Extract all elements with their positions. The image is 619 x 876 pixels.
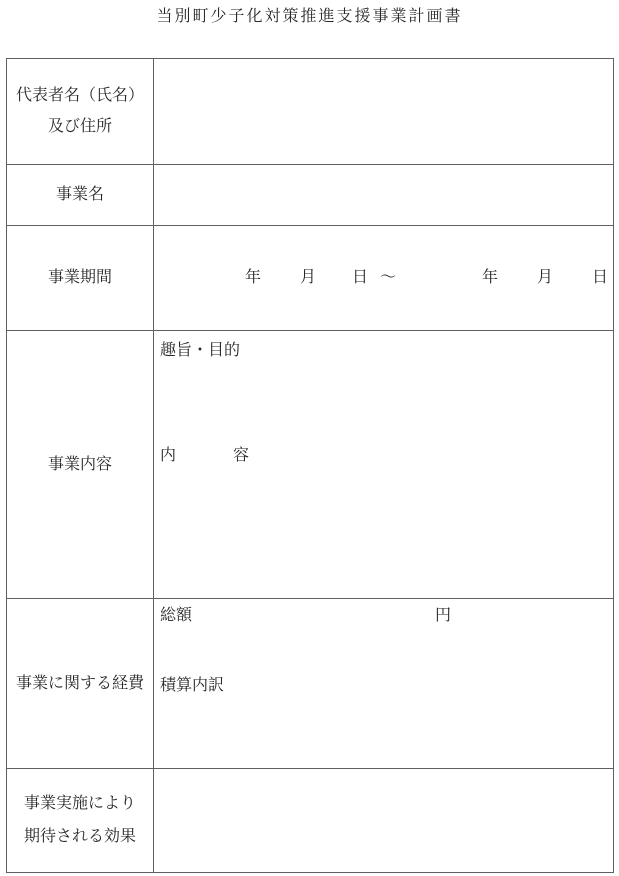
breakdown-heading: 積算内訳 [160,678,224,694]
effects-label-line2: 期待される効果 [24,829,136,845]
period-month-start-label: 月 [300,270,316,286]
effects-input-area[interactable] [154,769,613,872]
representative-label-line1: 代表者名（氏名） [16,88,144,104]
table-row-effects: 事業実施により 期待される効果 [7,769,613,872]
expenses-label-cell: 事業に関する経費 [7,599,154,768]
expenses-input-area[interactable]: 総額 円 積算内訳 [154,599,613,768]
representative-label-line2: 及び住所 [48,119,112,135]
period-year-end-label: 年 [482,270,498,286]
period-input-area[interactable]: 年 月 日 ～ 年 月 日 [154,226,613,330]
representative-label-cell: 代表者名（氏名） 及び住所 [7,59,154,164]
effects-label-line1: 事業実施により [24,796,136,812]
period-label: 事業期間 [48,270,112,286]
table-row-representative: 代表者名（氏名） 及び住所 [7,59,613,165]
total-amount-heading: 総額 [160,608,192,624]
table-row-project-name: 事業名 [7,165,613,226]
detail-heading-left: 内 [160,448,176,464]
content-label: 事業内容 [48,457,112,473]
period-year-start-label: 年 [245,270,261,286]
project-name-label-cell: 事業名 [7,165,154,225]
project-name-label: 事業名 [56,187,104,203]
table-row-expenses: 事業に関する経費 総額 円 積算内訳 [7,599,613,769]
period-month-end-label: 月 [537,270,553,286]
effects-label-cell: 事業実施により 期待される効果 [7,769,154,872]
expenses-label: 事業に関する経費 [16,676,144,692]
representative-input-area[interactable] [154,59,613,164]
content-input-area[interactable]: 趣旨・目的 内 容 [154,331,613,598]
period-day-end-label: 日 [592,270,608,286]
document-title: 当別町少子化対策推進支援事業計画書 [0,3,619,26]
plan-form-table: 代表者名（氏名） 及び住所 事業名 事業期間 年 月 日 ～ 年 月 [6,58,614,873]
table-row-period: 事業期間 年 月 日 ～ 年 月 日 [7,226,613,331]
document-page: 当別町少子化対策推進支援事業計画書 代表者名（氏名） 及び住所 事業名 事業期間… [0,0,619,876]
detail-heading-right: 容 [233,448,249,464]
purpose-heading: 趣旨・目的 [160,343,240,359]
yen-unit-label: 円 [435,608,451,624]
period-range-tilde: ～ [380,270,396,286]
period-label-cell: 事業期間 [7,226,154,330]
project-name-input-area[interactable] [154,165,613,225]
period-day-start-label: 日 [352,270,368,286]
content-label-cell: 事業内容 [7,331,154,598]
table-row-content: 事業内容 趣旨・目的 内 容 [7,331,613,599]
